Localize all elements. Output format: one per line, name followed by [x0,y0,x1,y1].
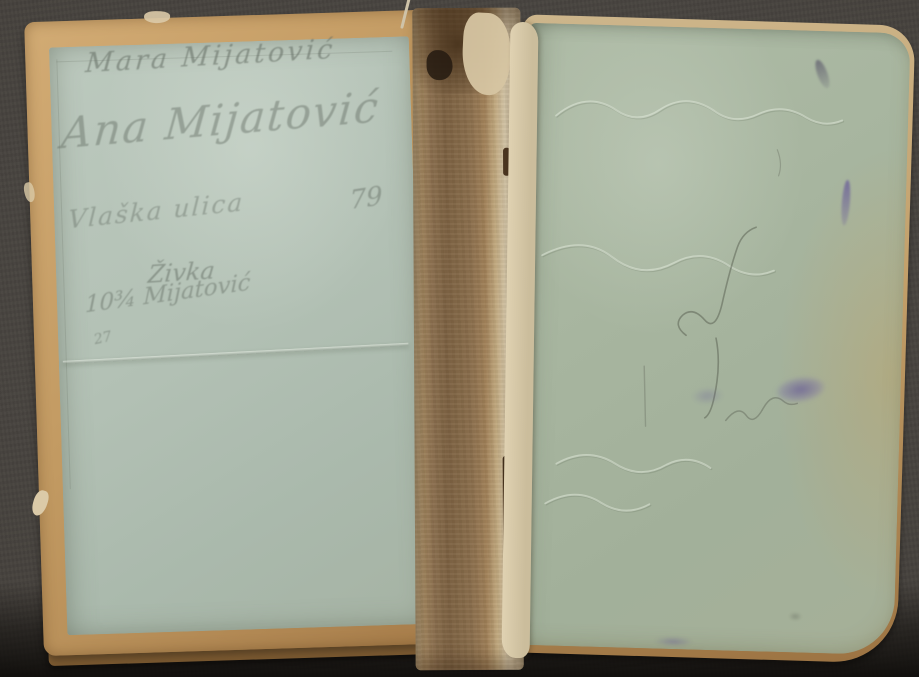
pencil-scratch [777,150,781,176]
pencil-marks-svg [511,23,910,655]
left-endpaper: Mara Mijatović Ana Mijatović Vlaška ulic… [49,36,427,635]
right-endpaper [511,23,910,655]
frayed-edge [30,489,51,518]
crease-line [63,343,408,364]
open-book: Mara Mijatović Ana Mijatović Vlaška ulic… [0,0,919,677]
background-fabric: Mara Mijatović Ana Mijatović Vlaška ulic… [0,0,919,677]
handwriting-line: Ana Mijatović [59,82,382,158]
frayed-edge [22,181,36,203]
left-cover: Mara Mijatović Ana Mijatović Vlaška ulic… [24,10,436,656]
handwriting-line: 27 [93,329,114,348]
pencil-flourish [678,225,756,337]
pencil-line [643,366,648,426]
frayed-edge [144,11,170,24]
spine-hole [426,50,452,80]
handwriting-line: 79 [349,181,383,216]
handwriting-line: Vlaška ulica [68,187,246,234]
handwriting-line: Mara Mijatović [84,34,336,80]
